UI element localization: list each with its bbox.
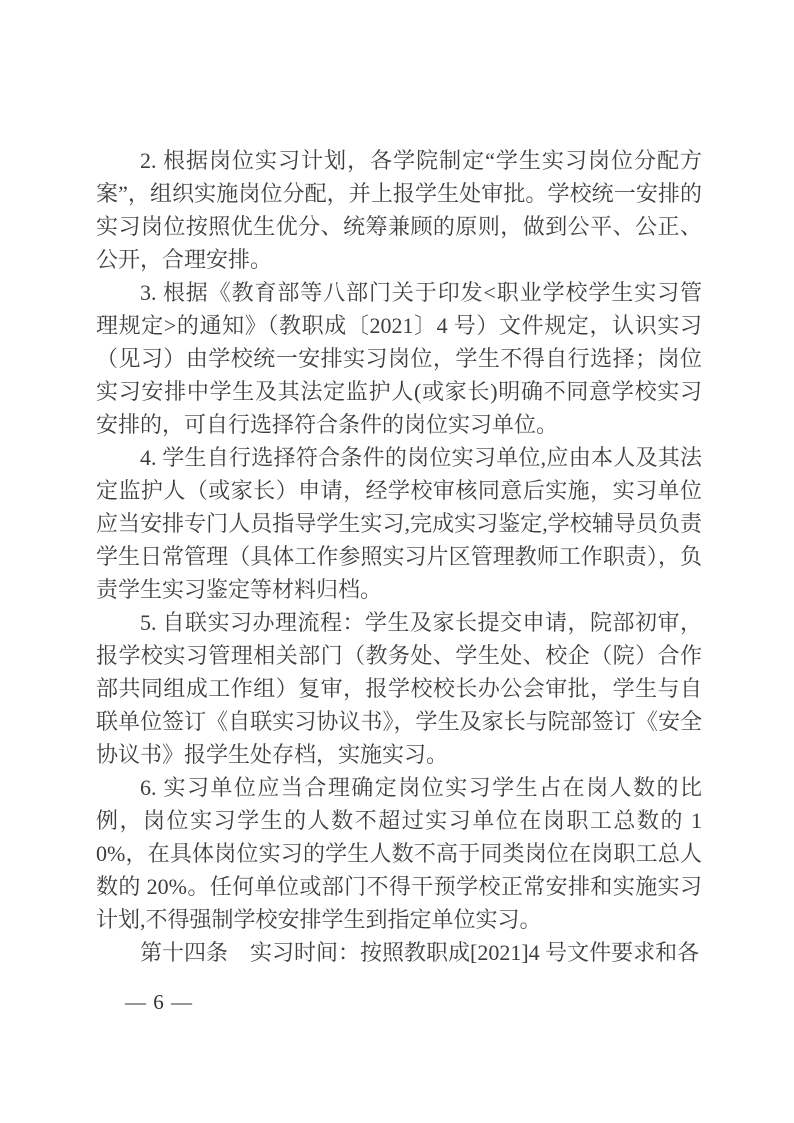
paragraph: 3. 根据《教育部等八部门关于印发<职业学校学生实习管理规定>的通知》（教职成〔… <box>96 276 702 441</box>
paragraph: 5. 自联实习办理流程：学生及家长提交申请，院部初审，报学校实习管理相关部门（教… <box>96 606 702 771</box>
paragraph: 4. 学生自行选择符合条件的岗位实习单位,应由本人及其法定监护人（或家长）申请，… <box>96 441 702 606</box>
paragraph: 6. 实习单位应当合理确定岗位实习学生占在岗人数的比例，岗位实习学生的人数不超过… <box>96 771 702 936</box>
paragraph: 2. 根据岗位实习计划，各学院制定“学生实习岗位分配方案”，组织实施岗位分配，并… <box>96 144 702 276</box>
document-body: 2. 根据岗位实习计划，各学院制定“学生实习岗位分配方案”，组织实施岗位分配，并… <box>96 144 702 969</box>
page-number: — 6 — <box>125 990 193 1014</box>
document-page: 2. 根据岗位实习计划，各学院制定“学生实习岗位分配方案”，组织实施岗位分配，并… <box>0 0 794 1123</box>
paragraph-article-14: 第十四条 实习时间：按照教职成[2021]4 号文件要求和各 <box>96 936 702 969</box>
